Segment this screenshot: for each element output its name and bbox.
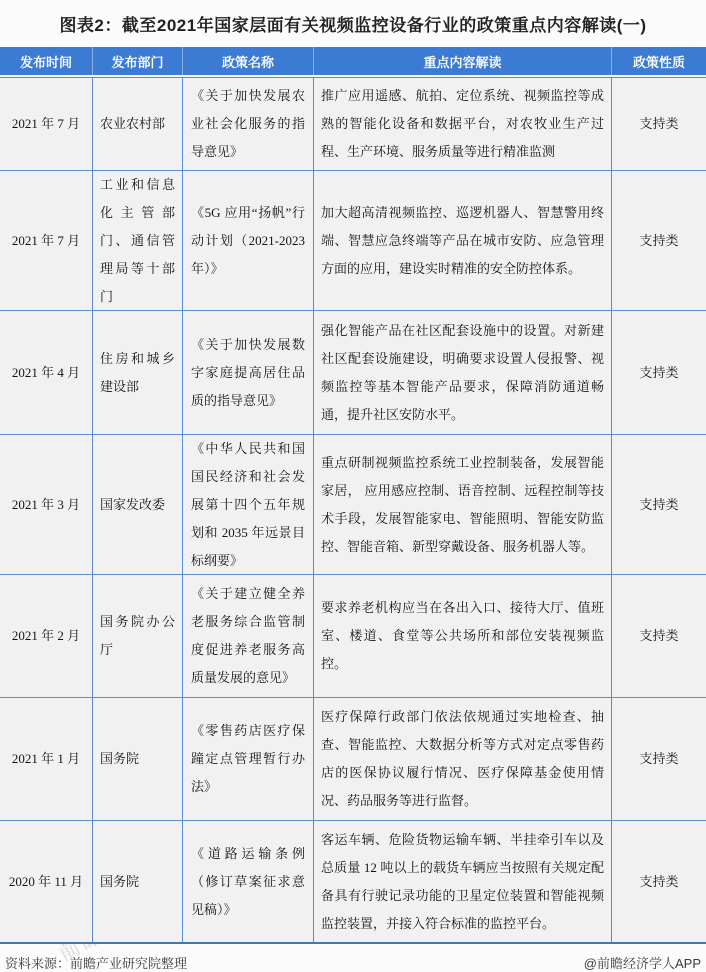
table-row: 2021 年 2 月 国务院办公厅 《关于建立健全养老服务综合监管制度促进养老服… <box>0 574 706 697</box>
table-row: 2020 年 11 月 国务院 《道路运输条例（修订草案征求意见稿）》 客运车辆… <box>0 820 706 942</box>
cell-publish-dept: 国务院办公厅 <box>92 575 182 697</box>
cell-policy-nature: 支持类 <box>611 435 706 574</box>
table-row: 2021 年 3 月 国家发改委 《中华人民共和国国民经济和社会发展第十四个五年… <box>0 434 706 574</box>
policy-name-text: 《中华人民共和国国民经济和社会发展第十四个五年规划和 2035 年远景目标纲要》 <box>191 435 305 575</box>
cell-policy-name: 《中华人民共和国国民经济和社会发展第十四个五年规划和 2035 年远景目标纲要》 <box>182 435 313 574</box>
table-row: 2021 年 4 月 住房和城乡建设部 《关于加快发展数字家庭提高居住品质的指导… <box>0 310 706 434</box>
cell-policy-nature: 支持类 <box>611 821 706 942</box>
key-content-text: 要求养老机构应当在各出入口、接待大厅、值班室、楼道、食堂等公共场所和部位安装视频… <box>321 594 604 678</box>
key-content-text: 加大超高清视频监控、巡逻机器人、智慧警用终端、智慧应急终端等产品在城市安防、应急… <box>321 199 604 283</box>
credit-note: @前瞻经济学人APP <box>584 953 701 972</box>
policy-name-text: 《道路运输条例（修订草案征求意见稿）》 <box>191 840 305 924</box>
cell-policy-name: 《道路运输条例（修订草案征求意见稿）》 <box>182 821 313 942</box>
cell-key-content: 加大超高清视频监控、巡逻机器人、智慧警用终端、智慧应急终端等产品在城市安防、应急… <box>313 171 611 310</box>
cell-policy-nature: 支持类 <box>611 78 706 170</box>
policy-nature-text: 支持类 <box>639 227 678 255</box>
cell-key-content: 医疗保障行政部门依法依规通过实地检查、抽查、智能监控、大数据分析等方式对定点零售… <box>313 698 611 820</box>
header-publish-dept: 发布部门 <box>92 47 182 75</box>
key-content-text: 重点研制视频监控系统工业控制装备，发展智能家居， 应用感应控制、语音控制、远程控… <box>321 449 604 561</box>
cell-key-content: 强化智能产品在社区配套设施中的设置。对新建社区配套设施建设，明确要求设置人侵报警… <box>313 311 611 434</box>
cell-policy-nature: 支持类 <box>611 698 706 820</box>
table-row: 2021 年 7 月 工业和信息化主管部门、通信管理局等十部门 《5G 应用“扬… <box>0 170 706 310</box>
cell-key-content: 重点研制视频监控系统工业控制装备，发展智能家居， 应用感应控制、语音控制、远程控… <box>313 435 611 574</box>
publish-dept-text: 国务院办公厅 <box>100 608 175 664</box>
footer: 资料来源：前瞻产业研究院整理 @前瞻经济学人APP <box>0 944 706 972</box>
policy-name-text: 《关于加快发展数字家庭提高居住品质的指导意见》 <box>191 331 305 415</box>
publish-time-text: 2021 年 3 月 <box>12 491 80 519</box>
cell-policy-nature: 支持类 <box>611 311 706 434</box>
cell-policy-name: 《零售药店医疗保蹱定点管理暂行办法》 <box>182 698 313 820</box>
policy-name-text: 《关于加快发展农业社会化服务的指导意见》 <box>191 82 305 166</box>
cell-publish-time: 2021 年 7 月 <box>0 171 92 310</box>
cell-policy-name: 《5G 应用“扬帆”行动计划（2021-2023 年）》 <box>182 171 313 310</box>
cell-publish-dept: 国家发改委 <box>92 435 182 574</box>
policy-name-text: 《5G 应用“扬帆”行动计划（2021-2023 年）》 <box>191 199 305 283</box>
cell-policy-name: 《关于加快发展农业社会化服务的指导意见》 <box>182 78 313 170</box>
table-body: 2021 年 7 月 农业农村部 《关于加快发展农业社会化服务的指导意见》 推广… <box>0 77 706 944</box>
key-content-text: 医疗保障行政部门依法依规通过实地检查、抽查、智能监控、大数据分析等方式对定点零售… <box>321 703 604 815</box>
cell-policy-nature: 支持类 <box>611 171 706 310</box>
cell-policy-name: 《关于加快发展数字家庭提高居住品质的指导意见》 <box>182 311 313 434</box>
publish-dept-text: 国务院 <box>100 868 175 896</box>
cell-publish-time: 2021 年 7 月 <box>0 78 92 170</box>
table-row: 2021 年 7 月 农业农村部 《关于加快发展农业社会化服务的指导意见》 推广… <box>0 77 706 170</box>
cell-key-content: 要求养老机构应当在各出入口、接待大厅、值班室、楼道、食堂等公共场所和部位安装视频… <box>313 575 611 697</box>
key-content-text: 强化智能产品在社区配套设施中的设置。对新建社区配套设施建设，明确要求设置人侵报警… <box>321 317 604 429</box>
cell-publish-time: 2021 年 3 月 <box>0 435 92 574</box>
page-title: 图表2：截至2021年国家层面有关视频监控设备行业的政策重点内容解读(一) <box>0 0 706 47</box>
figure-page: 前瞻产业研究院 839599 前瞻产业研究院 前瞻产业研究院 前瞻产业研究院 前… <box>0 0 706 972</box>
policy-nature-text: 支持类 <box>639 745 678 773</box>
policy-nature-text: 支持类 <box>639 868 678 896</box>
header-policy-name: 政策名称 <box>182 47 313 75</box>
cell-publish-dept: 农业农村部 <box>92 78 182 170</box>
policy-nature-text: 支持类 <box>639 110 678 138</box>
cell-publish-time: 2021 年 4 月 <box>0 311 92 434</box>
key-content-text: 推广应用遥感、航拍、定位系统、视频监控等成熟的智能化设备和数据平台，对农牧业生产… <box>321 82 604 166</box>
publish-dept-text: 住房和城乡建设部 <box>100 345 175 401</box>
cell-policy-nature: 支持类 <box>611 575 706 697</box>
publish-time-text: 2021 年 4 月 <box>12 359 80 387</box>
table-header-row: 发布时间 发布部门 政策名称 重点内容解读 政策性质 <box>0 47 706 75</box>
publish-time-text: 2021 年 2 月 <box>12 622 80 650</box>
header-policy-nature: 政策性质 <box>611 47 706 75</box>
publish-dept-text: 国家发改委 <box>100 491 175 519</box>
policy-name-text: 《关于建立健全养老服务综合监管制度促进养老服务高质量发展的意见》 <box>191 580 305 692</box>
policy-table: 发布时间 发布部门 政策名称 重点内容解读 政策性质 2021 年 7 月 农业… <box>0 47 706 944</box>
cell-publish-dept: 国务院 <box>92 821 182 942</box>
cell-key-content: 推广应用遥感、航拍、定位系统、视频监控等成熟的智能化设备和数据平台，对农牧业生产… <box>313 78 611 170</box>
cell-publish-dept: 国务院 <box>92 698 182 820</box>
header-key-content: 重点内容解读 <box>313 47 611 75</box>
policy-nature-text: 支持类 <box>639 491 678 519</box>
publish-time-text: 2020 年 11 月 <box>9 868 83 896</box>
cell-publish-dept: 住房和城乡建设部 <box>92 311 182 434</box>
header-publish-time: 发布时间 <box>0 47 92 75</box>
cell-publish-time: 2021 年 2 月 <box>0 575 92 697</box>
cell-publish-time: 2021 年 1 月 <box>0 698 92 820</box>
publish-time-text: 2021 年 7 月 <box>12 110 80 138</box>
publish-dept-text: 工业和信息化主管部门、通信管理局等十部门 <box>100 171 175 311</box>
policy-nature-text: 支持类 <box>639 622 678 650</box>
key-content-text: 客运车辆、危险货物运输车辆、半挂牵引车以及总质量 12 吨以上的载货车辆应当按照… <box>321 826 604 938</box>
cell-key-content: 客运车辆、危险货物运输车辆、半挂牵引车以及总质量 12 吨以上的载货车辆应当按照… <box>313 821 611 942</box>
publish-dept-text: 农业农村部 <box>100 110 175 138</box>
table-row: 2021 年 1 月 国务院 《零售药店医疗保蹱定点管理暂行办法》 医疗保障行政… <box>0 697 706 820</box>
source-note: 资料来源：前瞻产业研究院整理 <box>5 953 187 972</box>
cell-publish-time: 2020 年 11 月 <box>0 821 92 942</box>
policy-name-text: 《零售药店医疗保蹱定点管理暂行办法》 <box>191 717 305 801</box>
publish-time-text: 2021 年 7 月 <box>12 227 80 255</box>
publish-dept-text: 国务院 <box>100 745 175 773</box>
publish-time-text: 2021 年 1 月 <box>12 745 80 773</box>
policy-nature-text: 支持类 <box>639 359 678 387</box>
cell-publish-dept: 工业和信息化主管部门、通信管理局等十部门 <box>92 171 182 310</box>
cell-policy-name: 《关于建立健全养老服务综合监管制度促进养老服务高质量发展的意见》 <box>182 575 313 697</box>
